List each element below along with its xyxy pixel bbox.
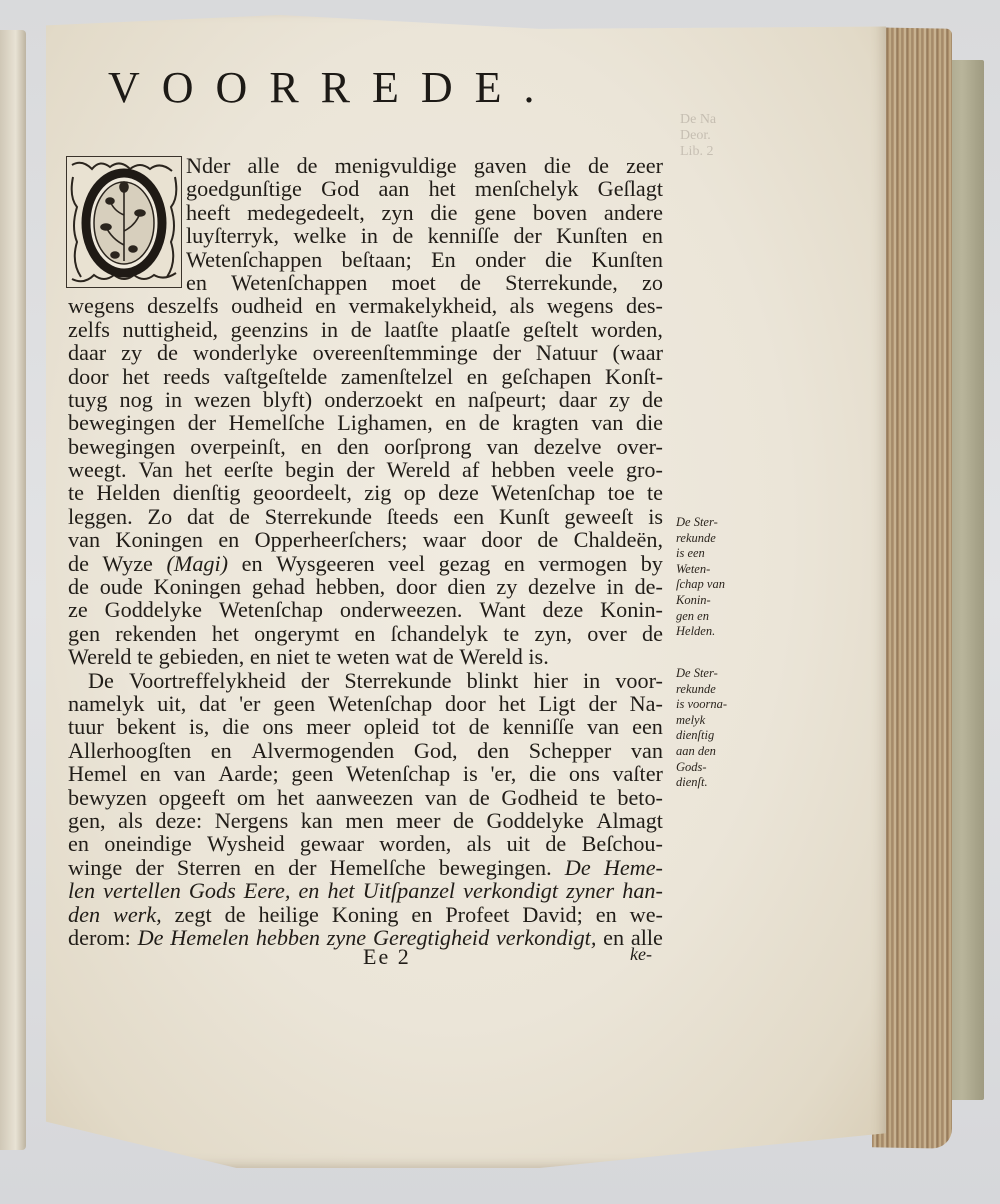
word: men (345, 809, 383, 832)
word: der (288, 856, 316, 879)
word: reeds (163, 365, 210, 388)
word: God (321, 177, 359, 200)
word: tuur (68, 715, 104, 738)
text-line: zelfsnuttigheid,geenzinsindelaatſteplaat… (68, 318, 663, 341)
word: te (68, 481, 84, 504)
word: van (591, 411, 623, 434)
word: der (346, 458, 374, 481)
word: derom: (68, 926, 131, 949)
word: beto- (617, 786, 663, 809)
word: ongerymt (254, 622, 339, 645)
word: kenniſſe (503, 715, 574, 738)
word: opgeeft (159, 786, 226, 809)
word: en (211, 739, 232, 762)
word: Koningen (154, 575, 242, 598)
word: den (337, 435, 369, 458)
word: by (641, 552, 663, 575)
word: plaatſe (451, 318, 510, 341)
word: die (222, 715, 249, 738)
word: worden, (591, 318, 663, 341)
word: en (301, 435, 322, 458)
word: Goddelyke (487, 809, 584, 832)
word: overpeinſt, (190, 435, 286, 458)
word: vermogen (538, 552, 627, 575)
word: deszelfs (147, 294, 218, 317)
text-line: goedgunſtigeGodaanhetmenſchelykGeſlagt (68, 177, 663, 200)
word: Voortreffelykheid (129, 669, 286, 692)
word: Almagt (596, 809, 663, 832)
word: Uitſpanzel (363, 879, 455, 902)
word: vaſtgeſtelde (224, 365, 328, 388)
word: geenzins (231, 318, 309, 341)
word: waar (423, 528, 466, 551)
word: en (354, 622, 375, 645)
word: der (301, 669, 329, 692)
word: heilige (259, 903, 319, 926)
text-line: AllerhoogſtenenAlvermogendenGod,denSchep… (68, 739, 663, 762)
word: meer (306, 715, 350, 738)
text-line: leggen.ZodatdeSterrekundeſteedseenKunſtg… (68, 505, 663, 528)
word: en (504, 552, 525, 575)
word: die (430, 201, 457, 224)
word: len (68, 879, 95, 902)
word: bewegingen (68, 435, 175, 458)
text-line: DeVoortreffelykheidderSterrekundeblinkth… (68, 669, 663, 692)
word: als (467, 832, 492, 855)
word: en (642, 224, 663, 247)
word: de (229, 505, 250, 528)
word: Na- (630, 692, 663, 715)
word: werk, (113, 903, 162, 926)
word: begin (285, 458, 334, 481)
word: menſchelyk (475, 177, 579, 200)
word: Helden (96, 481, 160, 504)
word: het (429, 177, 456, 200)
word: en (603, 926, 624, 949)
word: Heme- (604, 856, 663, 879)
word: tuyg (68, 388, 107, 411)
word: Hemelſche (330, 856, 426, 879)
word: zelfs (68, 318, 110, 341)
word: han- (622, 879, 663, 902)
word: en (68, 832, 89, 855)
word: overeenſtemminge (313, 341, 478, 364)
word: wegens (68, 294, 135, 317)
word: die (544, 154, 571, 177)
margin-note-line: is voorna- (676, 697, 740, 713)
text-line: doorhetreedsvaſtgeſteldezamenſtelzelenge… (68, 365, 663, 388)
word: de (433, 645, 460, 668)
word: gezag (439, 552, 491, 575)
word: het (122, 365, 149, 388)
word: 'er, (490, 762, 516, 785)
word: Wereld (68, 645, 137, 668)
text-line: HemelenvanAarde;geenWetenſchapis'er,dieo… (68, 762, 663, 785)
word: gaven (474, 154, 527, 177)
word: dien (447, 575, 485, 598)
word: blinkt (467, 669, 519, 692)
text-line: bewegingenoverpeinſt,endenoorſprongvande… (68, 435, 663, 458)
word: de (157, 341, 178, 364)
word: God, (414, 739, 458, 762)
word: en (242, 552, 263, 575)
word: wegens (547, 294, 614, 317)
word: Zo (148, 505, 173, 528)
word: hebben (491, 458, 555, 481)
word: in (361, 224, 378, 247)
word: moet (391, 271, 435, 294)
text-line: Nderalledemenigvuldigegavendiedezeer (68, 154, 663, 177)
word: worden, (379, 832, 451, 855)
word: van (587, 715, 619, 738)
word: De (88, 669, 114, 692)
body-text: Nderalledemenigvuldigegavendiedezeergoed… (68, 154, 663, 949)
word: als (510, 294, 535, 317)
margin-note-1: De Ster-rekundeis eenWeten-ſchap vanKoni… (676, 515, 740, 640)
word: vaſter (612, 762, 663, 785)
text-line: deWyze(Magi)enWysgeerenveelgezagenvermog… (68, 552, 663, 575)
word: gebieden, (159, 645, 250, 668)
word: Chaldeën, (574, 528, 663, 551)
word: van (425, 786, 457, 809)
word: ons (569, 762, 600, 785)
word: Gods (189, 879, 236, 902)
word: de (392, 224, 413, 247)
word: winge (68, 856, 122, 879)
word: dienſtig (173, 481, 241, 504)
text-line: luyſterryk,welkeindekenniſſederKunſtenen (68, 224, 663, 247)
word: gehad (252, 575, 305, 598)
word: Wyze (103, 552, 153, 575)
word: hebben (256, 926, 320, 949)
word: Allerhoogſten (68, 739, 191, 762)
word: zig (364, 481, 391, 504)
word: de (453, 809, 474, 832)
word: naſpeurt; (468, 388, 547, 411)
catchword: ke- (630, 944, 652, 965)
text-line: teHeldendienſtiggeoordeelt,zigopdezeWete… (68, 481, 663, 504)
word: de (469, 786, 490, 809)
word: Nder (186, 154, 230, 177)
word: uit, (157, 692, 186, 715)
text-line: Wereld te gebieden, en niet te weten wat… (68, 645, 663, 668)
word: 'er (239, 692, 260, 715)
word: Nergens (215, 809, 289, 832)
word: en (254, 856, 275, 879)
word: oudheid (231, 294, 302, 317)
word: voor- (615, 669, 663, 692)
word: Wysgeeren (276, 552, 374, 575)
word: daar (559, 388, 597, 411)
word: Eere, (244, 879, 291, 902)
word: Koningen (115, 528, 203, 551)
word: Aarde; (218, 762, 278, 785)
word: zy (121, 341, 142, 364)
word: vermakelykheid, (349, 294, 497, 317)
word: ze (68, 598, 88, 621)
word: deze (438, 481, 479, 504)
word: des- (626, 294, 663, 317)
word: hier (533, 669, 568, 692)
margin-note-line: gen en (676, 609, 740, 625)
word: deze: (155, 809, 202, 832)
word: Wetenſchappen (231, 271, 367, 294)
word: over- (617, 435, 663, 458)
word: kenniſſe (428, 224, 499, 247)
word: De (138, 926, 164, 949)
text-line: bewegingenderHemelſcheLighamen,endekragt… (68, 411, 663, 434)
word: de (588, 154, 609, 177)
text-line: lenvertellenGodsEere,enhetUitſpanzelverk… (68, 879, 663, 902)
word: weegt. (68, 458, 127, 481)
word: is, (189, 715, 209, 738)
word: Kunſten (556, 224, 627, 247)
word: over (587, 622, 626, 645)
word: David; (522, 903, 582, 926)
word: Beſchou- (582, 832, 663, 855)
word: en (315, 294, 336, 317)
word: in (321, 318, 338, 341)
word: we- (630, 903, 663, 926)
word: onderweezen. (340, 598, 463, 621)
word: veele (567, 458, 614, 481)
word: de (297, 154, 318, 177)
word: is. (528, 645, 548, 668)
word: zeer (626, 154, 663, 177)
text-line: vanKoningenenOpperheerſchers;waardoordeC… (68, 528, 663, 551)
word: het (277, 786, 304, 809)
word: Kunſten (591, 248, 662, 271)
word: de (68, 575, 89, 598)
word: der (135, 856, 163, 879)
word: veel (388, 552, 425, 575)
word: een (632, 715, 663, 738)
word: tot (432, 715, 455, 738)
word: den (68, 903, 100, 926)
word: bewyzen (68, 786, 147, 809)
word: leggen. (68, 505, 133, 528)
word: bewegingen. (439, 856, 552, 879)
word: onderzoekt (324, 388, 423, 411)
word: Want (479, 598, 525, 621)
text-line: genrekendenhetongerymtenſchandelyktezyn,… (68, 622, 663, 645)
word: Wetenſchap (491, 481, 595, 504)
word: namelyk (68, 692, 144, 715)
word: Wetenſchap (219, 598, 323, 621)
word: boven (533, 201, 587, 224)
word: En (431, 248, 456, 271)
word: Sterrekunde (265, 505, 372, 528)
word: kan (301, 809, 333, 832)
text-line: tuurbekentis,dieonsmeeropleidtotdekenniſ… (68, 715, 663, 738)
word: de (68, 552, 89, 575)
signature-mark: Ee 2 (363, 944, 411, 970)
word: het (212, 622, 239, 645)
word: daar (68, 341, 106, 364)
margin-note-line: rekunde (676, 531, 740, 547)
text-line: enWetenſchappenmoetdeSterrekunde,zo (68, 271, 663, 294)
word: om (237, 786, 265, 809)
word: de (537, 528, 558, 551)
word: is (463, 762, 478, 785)
word: door (481, 528, 522, 551)
margin-note-line: ſchap van (676, 577, 740, 593)
word: nog (120, 388, 153, 411)
word: onder (475, 248, 526, 271)
word: bekent (117, 715, 176, 738)
word: aanweezen (316, 786, 413, 809)
word: zyner (566, 879, 614, 902)
word: en (445, 411, 466, 434)
word: die (636, 411, 663, 434)
word: Opperheerſchers; (255, 528, 408, 551)
word: Wetenſchap (328, 692, 432, 715)
word: gen, (68, 809, 106, 832)
word: verkondigt, (496, 926, 596, 949)
word: te (647, 481, 663, 504)
word: Sterren (177, 856, 241, 879)
word: Konin- (600, 598, 663, 621)
word: opleid (364, 715, 419, 738)
word: oude (100, 575, 143, 598)
word: Sterrekunde, (505, 271, 618, 294)
word: die (545, 248, 572, 271)
word: te (315, 645, 337, 668)
word: Konſt- (605, 365, 663, 388)
word: menigvuldige (335, 154, 457, 177)
word: meer (396, 809, 440, 832)
word: Lighamen, (337, 411, 433, 434)
word: kragten (512, 411, 579, 434)
margin-note-line: De Ster- (676, 666, 740, 682)
word: en (596, 903, 617, 926)
word: wat (395, 645, 433, 668)
word: toe (608, 481, 635, 504)
word: Wereld (387, 458, 451, 481)
word: ſteeds (387, 505, 439, 528)
word: te (590, 786, 606, 809)
text-line: Wetenſchappenbeſtaan;EnonderdieKunſten (68, 248, 663, 271)
margin-note-line: dienſt. (676, 775, 740, 791)
text-line: tuygnoginwezenblyft)onderzoektennaſpeurt… (68, 388, 663, 411)
word: van (174, 762, 206, 785)
word: geſchapen (501, 365, 591, 388)
word: heeft (186, 201, 230, 224)
word: ons (262, 715, 293, 738)
word: op (404, 481, 426, 504)
word: geſtelt (523, 318, 578, 341)
word: en (467, 365, 488, 388)
bleed-through-text: De Na Deor. Lib. 2 (680, 112, 716, 160)
word: nuttigheid, (122, 318, 218, 341)
word: gene (474, 201, 516, 224)
word: geweeſt (564, 505, 633, 528)
word: zamenſtelzel (341, 365, 453, 388)
margin-note-line: Helden. (676, 624, 740, 640)
margin-note-line: is een (676, 546, 740, 562)
word: door (68, 365, 109, 388)
margin-note-2: De Ster-rekundeis voorna-melykdienſtigaa… (676, 666, 740, 791)
margin-note-line: Weten- (676, 562, 740, 578)
word: en (218, 528, 239, 551)
text-line: wegensdeszelfsoudheidenvermakelykheid,al… (68, 294, 663, 317)
word: zegt (175, 903, 212, 926)
word: Schepper (529, 739, 612, 762)
bleed-through-line: De Na (680, 112, 716, 128)
word: der (588, 692, 616, 715)
margin-note-line: melyk (676, 713, 740, 729)
word: zyn, (534, 622, 572, 645)
word: het (327, 879, 354, 902)
margin-note-line: Konin- (676, 593, 740, 609)
word: niet (276, 645, 315, 668)
word: der (188, 411, 216, 434)
margin-note-line: Gods- (676, 760, 740, 776)
word: en (250, 645, 277, 668)
word: Hemelen (170, 926, 249, 949)
word: alle (247, 154, 279, 177)
page-heading: VOORREDE. (108, 62, 628, 113)
word: geen (291, 762, 333, 785)
word: te (137, 645, 159, 668)
word: bewegingen (68, 411, 175, 434)
word: zyn (382, 201, 414, 224)
word: en (435, 388, 456, 411)
word: en (411, 903, 432, 926)
word: Godheid (501, 786, 577, 809)
word: zy (496, 575, 517, 598)
word: weten (337, 645, 396, 668)
word: Alvermogenden (251, 739, 394, 762)
word: dat (187, 505, 214, 528)
word: de (642, 622, 663, 645)
word: als (118, 809, 143, 832)
margin-note-line: rekunde (676, 682, 740, 698)
word: rekenden (115, 622, 196, 645)
margin-note-line: dienſtig (676, 728, 740, 744)
word: Wereld (459, 645, 528, 668)
word: en (140, 762, 161, 785)
word: aan (379, 177, 410, 200)
word: andere (604, 201, 663, 224)
word: oneindige (104, 832, 192, 855)
word: wezen (194, 388, 251, 411)
word: blyft) (263, 388, 312, 411)
word: van (487, 435, 519, 458)
text-line: wingederSterrenenderHemelſchebewegingen.… (68, 856, 663, 879)
word: gewaar (300, 832, 364, 855)
word: van (631, 739, 663, 762)
word: de (460, 271, 481, 294)
word: uit (507, 832, 530, 855)
text-line: deoudeKoningengehadhebben,doordienzydeze… (68, 575, 663, 598)
word: zo (642, 271, 663, 294)
word: Wetenſchappen (186, 248, 322, 271)
word: dezelve (528, 575, 596, 598)
word: der (493, 341, 521, 364)
word: de (469, 715, 490, 738)
bleed-through-line: Deor. (680, 128, 716, 144)
word: eerſte (224, 458, 273, 481)
word: te (503, 622, 519, 645)
word: ſchandelyk (391, 622, 488, 645)
word: Profeet (445, 903, 509, 926)
word: de (545, 832, 566, 855)
word: verkondigt (463, 879, 558, 902)
word: het (185, 458, 212, 481)
word: De (565, 856, 591, 879)
word: de (225, 903, 246, 926)
